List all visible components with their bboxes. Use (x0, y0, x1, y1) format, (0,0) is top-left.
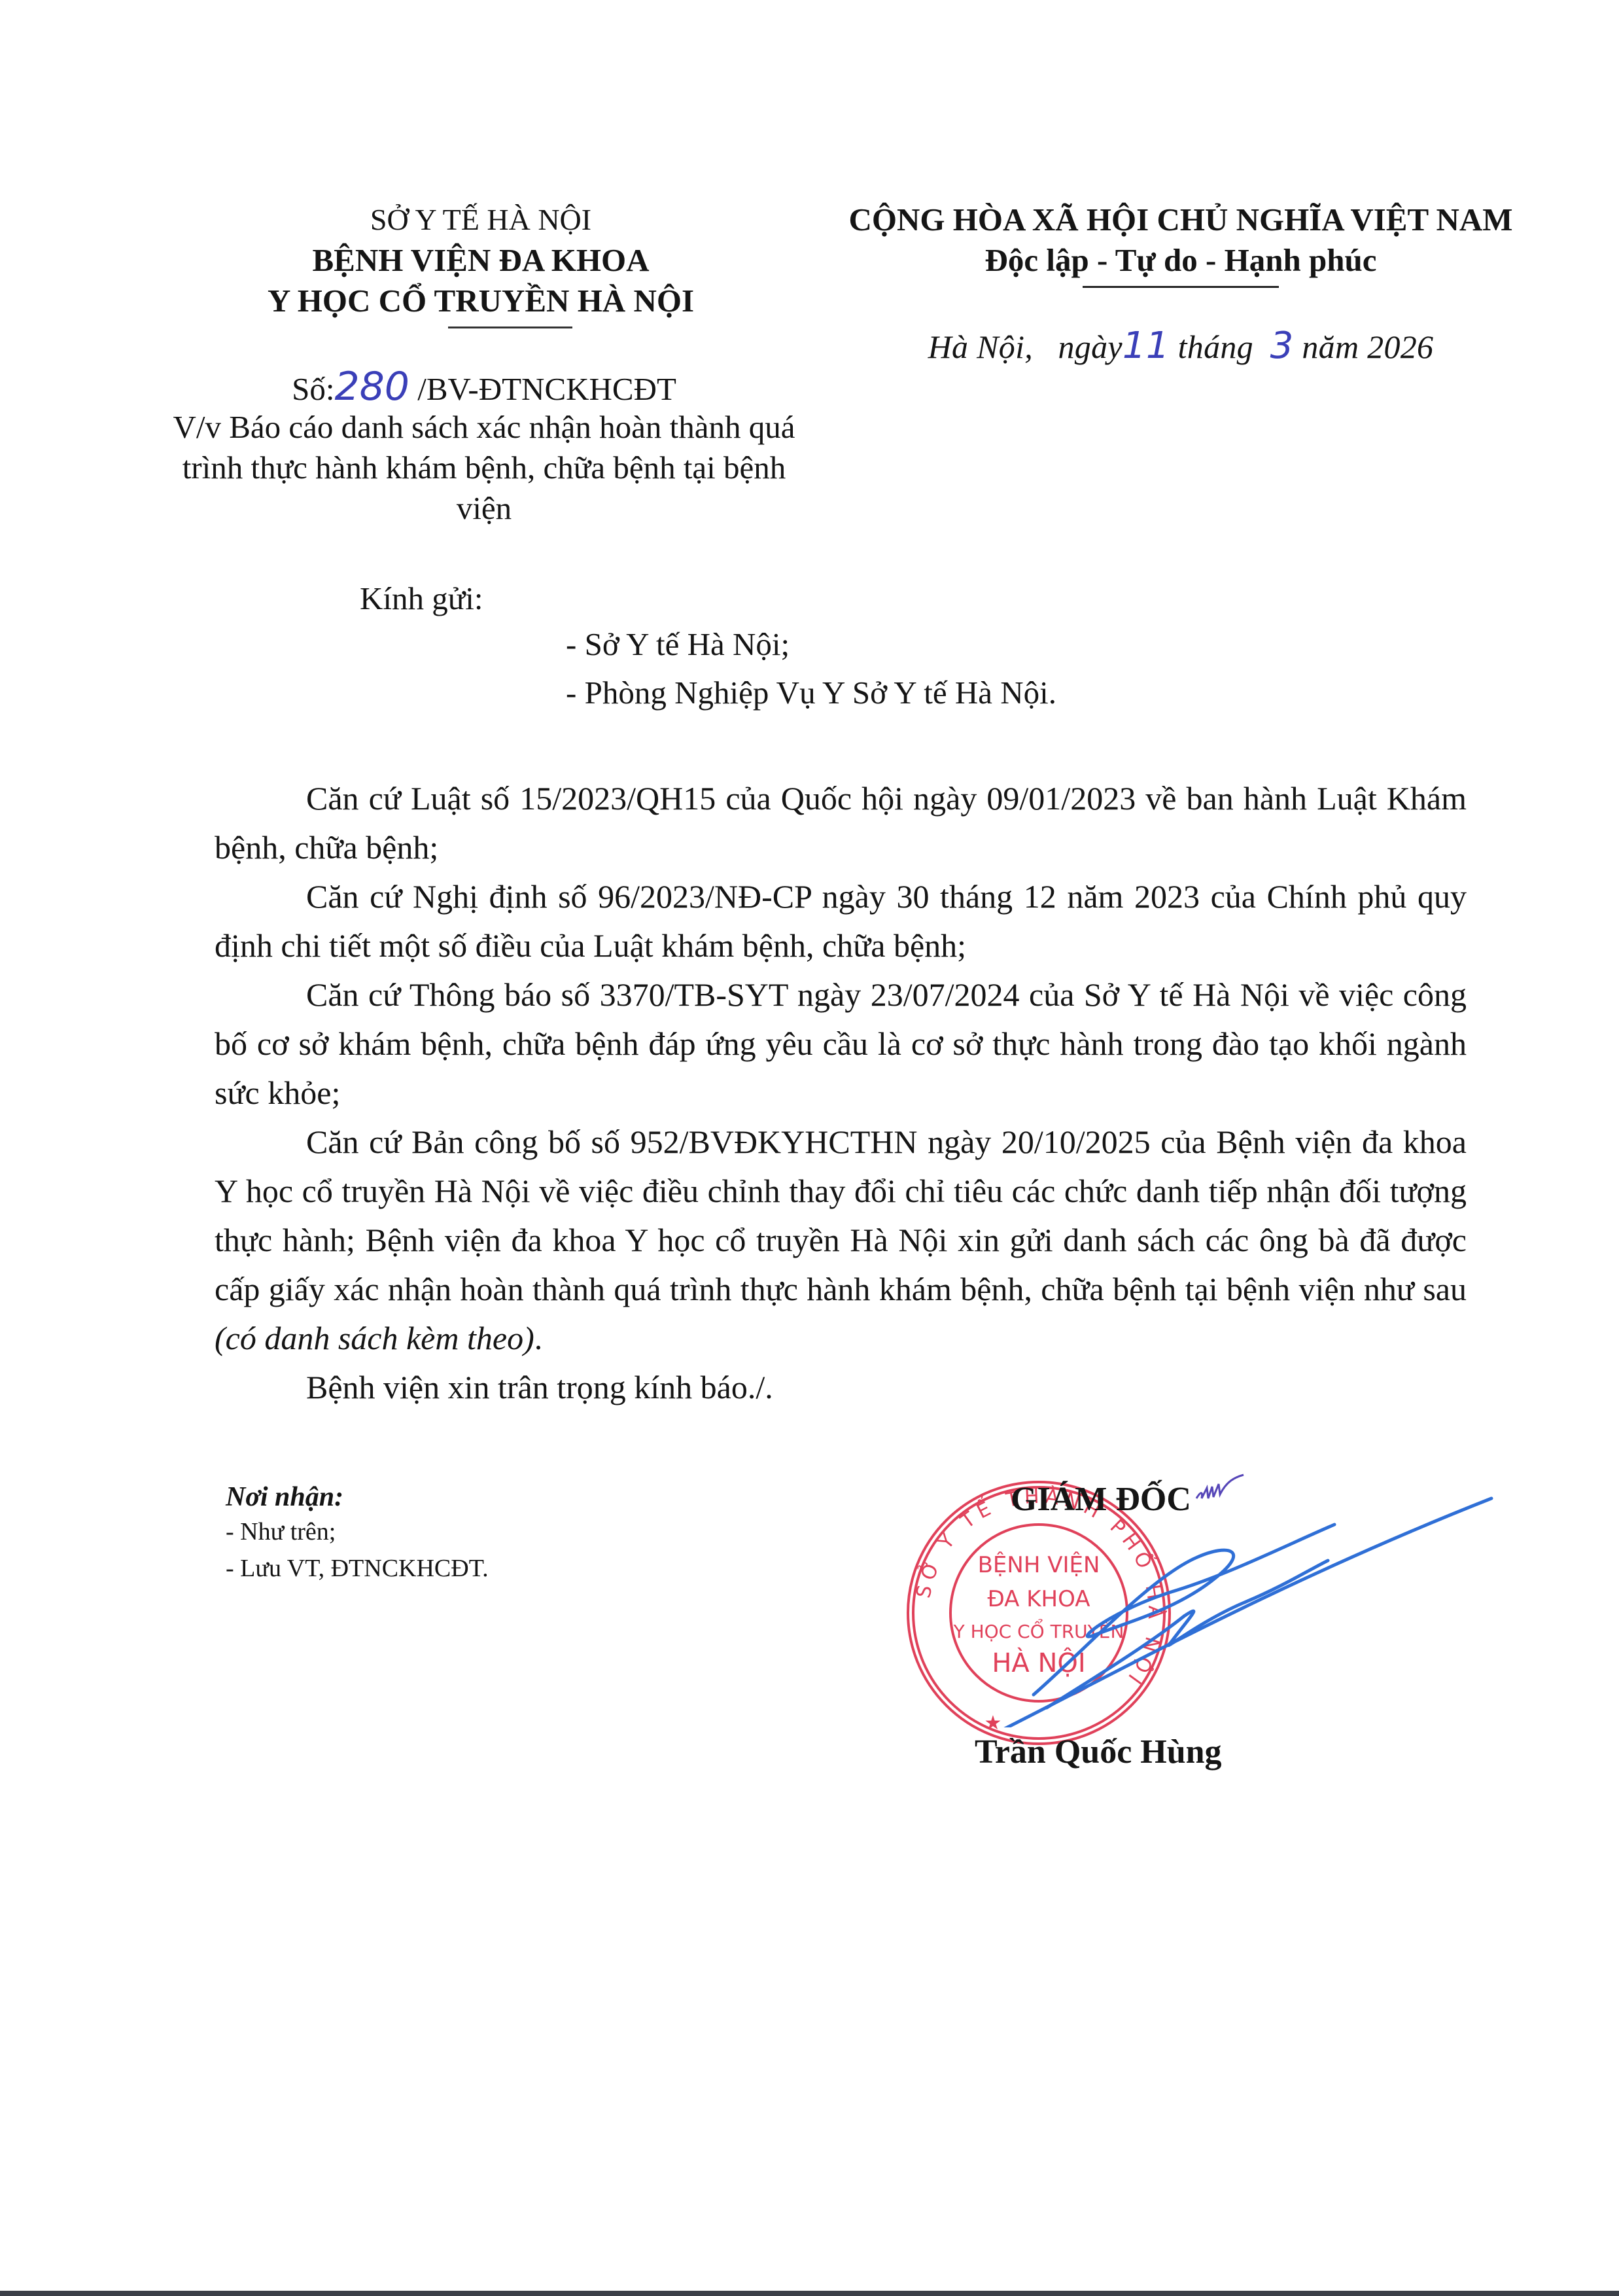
closing-line: Bệnh viện xin trân trọng kính báo./. (215, 1363, 1467, 1412)
date-day-handwritten: 11 (1123, 325, 1170, 367)
issuing-organization-header: SỞ Y TẾ HÀ NỘI BỆNH VIỆN ĐA KHOA Y HỌC C… (196, 200, 765, 328)
distribution-title: Nơi nhận: (226, 1481, 489, 1513)
document-body: Căn cứ Luật số 15/2023/QH15 của Quốc hội… (215, 774, 1467, 1412)
distribution-item: - Như trên; (226, 1513, 489, 1550)
paragraph-end: . (534, 1320, 543, 1356)
doc-number-prefix: Số: (292, 371, 334, 407)
date-month-label: tháng (1178, 328, 1253, 365)
body-paragraph: Căn cứ Thông báo số 3370/TB-SYT ngày 23/… (215, 970, 1467, 1118)
addressee-item: - Sở Y tế Hà Nội; (566, 620, 1056, 669)
organization-name-line2: Y HỌC CỔ TRUYỀN HÀ NỘI (196, 281, 765, 321)
body-paragraph: Căn cứ Luật số 15/2023/QH15 của Quốc hội… (215, 774, 1467, 872)
national-header: CỘNG HÒA XÃ HỘI CHỦ NGHĨA VIỆT NAM Độc l… (827, 200, 1534, 367)
doc-number-suffix: /BV-ĐTNCKHCĐT (409, 371, 676, 407)
body-paragraph: Căn cứ Nghị định số 96/2023/NĐ-CP ngày 3… (215, 872, 1467, 970)
document-number: Số:280 /BV-ĐTNCKHCĐT (196, 366, 772, 410)
date-year: năm 2026 (1302, 328, 1433, 365)
addressee-list: - Sở Y tế Hà Nội; - Phòng Nghiệp Vụ Y Sở… (566, 620, 1056, 717)
organization-name-line1: BỆNH VIỆN ĐA KHOA (196, 240, 765, 281)
scan-border (0, 2291, 1619, 2296)
header-underline (448, 327, 572, 328)
addressee-label: Kính gửi: (360, 576, 483, 622)
department-name: SỞ Y TẾ HÀ NỘI (196, 200, 765, 240)
addressee-item: - Phòng Nghiệp Vụ Y Sở Y tế Hà Nội. (566, 669, 1056, 717)
signer-name: Trần Quốc Hùng (975, 1733, 1222, 1771)
date-day-label: ngày (1058, 328, 1123, 365)
document-subject: V/v Báo cáo danh sách xác nhận hoàn thàn… (157, 407, 811, 529)
motto-underline (1083, 286, 1279, 288)
doc-number-handwritten: 280 (334, 364, 409, 410)
national-title: CỘNG HÒA XÃ HỘI CHỦ NGHĨA VIỆT NAM (827, 200, 1534, 240)
date-month-handwritten: 3 (1270, 325, 1294, 367)
body-paragraph: Căn cứ Bản công bố số 952/BVĐKYHCTHN ngà… (215, 1118, 1467, 1363)
attachment-note: (có danh sách kèm theo) (215, 1320, 534, 1356)
distribution-list: Nơi nhận: - Như trên; - Lưu VT, ĐTNCKHCĐ… (226, 1481, 489, 1587)
paragraph-text: Căn cứ Bản công bố số 952/BVĐKYHCTHN ngà… (215, 1123, 1467, 1307)
handwritten-signature (981, 1485, 1544, 1727)
distribution-item: - Lưu VT, ĐTNCKHCĐT. (226, 1550, 489, 1587)
date-place: Hà Nội, (928, 328, 1033, 365)
national-motto: Độc lập - Tự do - Hạnh phúc (827, 240, 1534, 281)
issue-date: Hà Nội, ngày11 tháng 3 năm 2026 (827, 325, 1534, 367)
